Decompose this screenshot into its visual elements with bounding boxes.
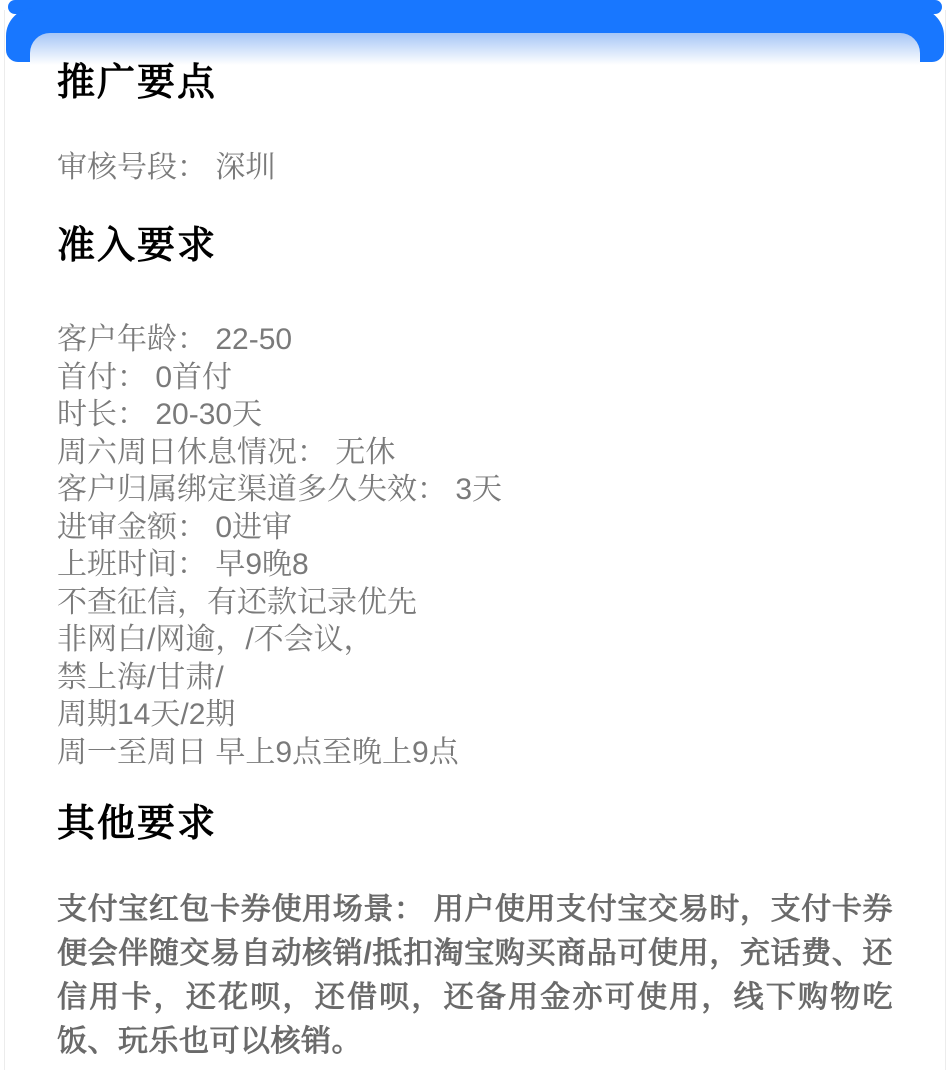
alipay-coupon-usage-paragraph: 支付宝红包卡券使用场景： 用户使用支付宝交易时，支付卡券便会伴随交易自动核销/抵… [57, 888, 893, 1064]
requirement-line: 不查征信，有还款记录优先 [57, 584, 893, 622]
requirement-line: 上班时间： 早9晚8 [57, 546, 893, 584]
requirement-line: 进审金额： 0进审 [57, 509, 893, 547]
requirement-line: 客户年龄： 22-50 [57, 321, 893, 359]
requirement-line: 禁上海/甘肃/ [57, 659, 893, 697]
section-heading-promotion-points: 推广要点 [57, 62, 893, 104]
requirements-list: 客户年龄： 22-50 首付： 0首付 时长： 20-30天 周六周日休息情况：… [57, 321, 893, 771]
section-heading-admission-requirements: 准入要求 [57, 225, 893, 267]
requirement-line: 首付： 0首付 [57, 359, 893, 397]
requirement-line: 周一至周日 早上9点至晚上9点 [57, 734, 893, 772]
requirement-line: 时长： 20-30天 [57, 396, 893, 434]
page: 推广要点 审核号段： 深圳 准入要求 客户年龄： 22-50 首付： 0首付 时… [0, 0, 950, 1070]
requirement-line: 周六周日休息情况： 无休 [57, 434, 893, 472]
content-card: 推广要点 审核号段： 深圳 准入要求 客户年龄： 22-50 首付： 0首付 时… [30, 33, 920, 1070]
audit-number-segment-line: 审核号段： 深圳 [57, 151, 893, 185]
requirement-line: 客户归属绑定渠道多久失效： 3天 [57, 471, 893, 509]
section-heading-other-requirements: 其他要求 [57, 803, 893, 845]
requirement-line: 非网白/网逾，/不会议， [57, 621, 893, 659]
requirement-line: 周期14天/2期 [57, 696, 893, 734]
